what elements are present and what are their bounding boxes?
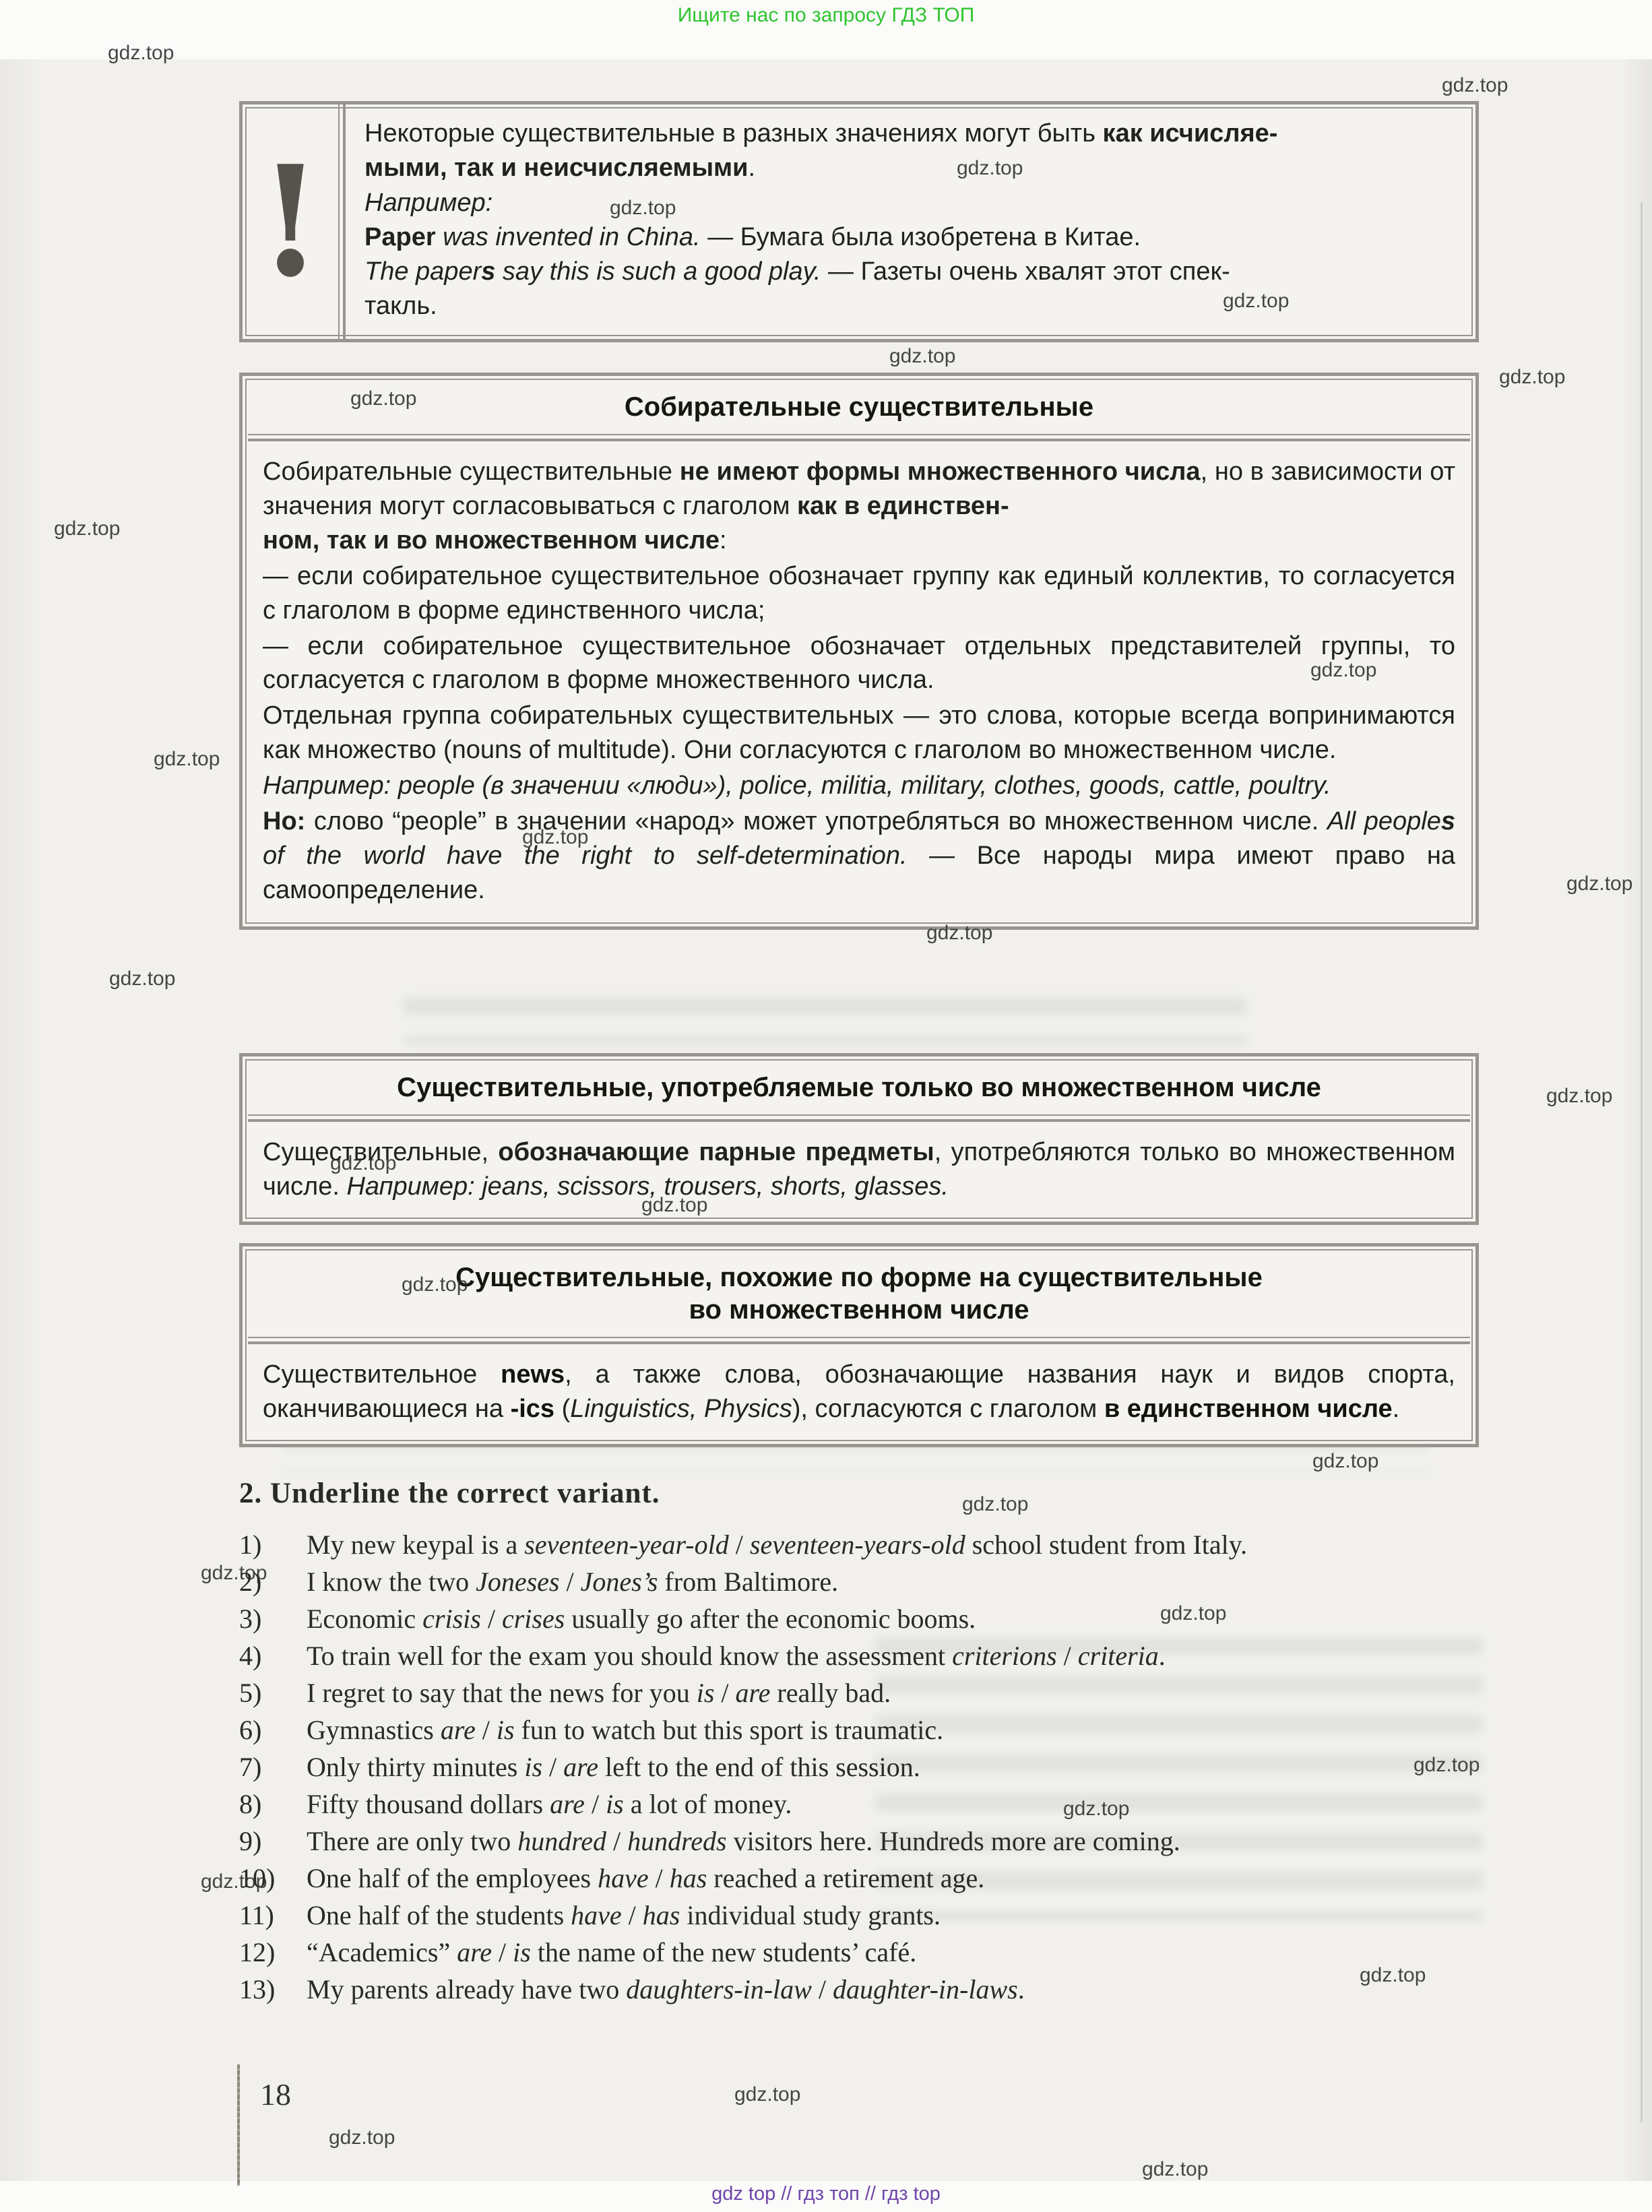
exercise-item: 2)I know the two Joneses / Jones’s from … [239,1565,1482,1600]
rule-paragraph: Отдельная группа собирательных существит… [263,699,1455,767]
rule-paragraph: — если собирательное существительное обо… [263,559,1455,628]
site-watermark: gdz.top [108,42,174,65]
note-box-text: Некоторые существительные в разных значе… [343,104,1475,339]
site-watermark: gdz.top [330,1152,396,1175]
page-edge-shadow [1641,202,1643,2122]
site-watermark: gdz.top [962,1493,1028,1516]
item-text: I know the two Joneses / Jones’s from Ba… [307,1567,838,1597]
item-text: One half of the employees have / has rea… [307,1863,984,1893]
exercise-item: 12)“Academics” are / is the name of the … [239,1935,1482,1970]
double-rule-separator [248,1337,1470,1344]
item-number: 13) [239,1972,275,2007]
item-number: 6) [239,1713,261,1748]
rule-box-body: Существительное news, а также слова, обо… [243,1344,1475,1444]
site-watermark: gdz.top [1360,1964,1426,1987]
site-watermark: gdz.top [154,748,220,771]
site-watermark: gdz.top [957,157,1023,180]
footer-vertical-rule [237,2064,240,2186]
item-number: 9) [239,1824,261,1859]
rule-paragraph: — если собирательное существительное обо… [263,629,1455,698]
scanned-workbook-page: Ищите нас по запросу ГДЗ ТОП ! Некоторые… [0,0,1652,2212]
exercise-2: 2. Underline the correct variant. 1)My n… [239,1477,1482,2009]
rule-box-plural-only-nouns: Существительные, употребляемые только во… [239,1053,1479,1225]
site-watermark: gdz.top [641,1194,707,1217]
item-text: There are only two hundred / hundreds vi… [307,1826,1180,1856]
exercise-item: 1)My new keypal is a seventeen-year-old … [239,1527,1482,1562]
exercise-item: 11)One half of the students have / has i… [239,1898,1482,1933]
rule-paragraph: Но: слово “people” в значении «народ» мо… [263,804,1455,908]
exercise-item: 3)Economic crisis / crises usually go af… [239,1602,1482,1637]
rule-box-title: Существительные, употребляемые только во… [243,1056,1475,1114]
site-watermark: gdz.top [1310,659,1376,682]
site-watermark: gdz.top [201,1562,267,1585]
item-number: 7) [239,1750,261,1785]
rule-paragraph: Собирательные существительные не имеют ф… [263,455,1455,558]
site-watermark: gdz.top [1142,2158,1208,2181]
site-watermark: gdz.top [522,826,588,849]
site-watermark: gdz.top [1442,74,1508,97]
exercise-items: 1)My new keypal is a seventeen-year-old … [239,1527,1482,2007]
site-watermark: gdz.top [329,2126,395,2149]
site-watermark: gdz.top [402,1273,468,1296]
site-watermark: gdz.top [1063,1798,1129,1821]
site-watermark: gdz.top [54,517,120,540]
item-text: Economic crisis / crises usually go afte… [307,1604,976,1634]
item-text: One half of the students have / has indi… [307,1900,941,1930]
site-watermark: gdz.top [1499,366,1565,389]
rule-box-title: Собирательные существительные [243,376,1475,434]
site-watermark: gdz.top [201,1870,267,1893]
item-text: Gymnastics are / is fun to watch but thi… [307,1715,943,1745]
site-watermark: gdz.top [1413,1754,1480,1777]
exercise-item: 8)Fifty thousand dollars are / is a lot … [239,1787,1482,1822]
exercise-heading: 2. Underline the correct variant. [239,1477,1482,1510]
note-icon-cell: ! [243,104,340,339]
page-number: 18 [260,2077,291,2112]
item-number: 1) [239,1527,261,1562]
item-number: 11) [239,1898,274,1933]
item-number: 4) [239,1639,261,1674]
item-number: 3) [239,1602,261,1637]
item-number: 12) [239,1935,275,1970]
site-watermark: gdz.top [1566,873,1632,895]
bottom-site-banner: gdz top // гдз топ // гдз top [0,2183,1652,2205]
site-watermark: gdz.top [889,345,955,368]
item-text: “Academics” are / is the name of the new… [307,1937,916,1967]
item-text: Only thirty minutes is / are left to the… [307,1752,920,1782]
site-watermark: gdz.top [610,197,676,220]
rule-box-collective-nouns: Собирательные существительные Собиратель… [239,373,1479,930]
top-site-banner: Ищите нас по запросу ГДЗ ТОП [0,4,1652,27]
site-watermark: gdz.top [109,968,175,990]
exercise-item: 5)I regret to say that the news for you … [239,1676,1482,1711]
item-text: My parents already have two daughters-in… [307,1974,1025,2004]
rule-box-body: Существительные, обозначающие парные пре… [243,1122,1475,1222]
site-watermark: gdz.top [926,922,992,945]
exercise-item: 10)One half of the employees have / has … [239,1861,1482,1896]
exercise-item: 7)Only thirty minutes is / are left to t… [239,1750,1482,1785]
item-text: To train well for the exam you should kn… [307,1641,1166,1671]
site-watermark: gdz.top [1312,1450,1378,1473]
exercise-item: 4)To train well for the exam you should … [239,1639,1482,1674]
exclamation-icon: ! [259,146,322,298]
rule-paragraph: Например: people (в значении «люди»), po… [263,769,1455,803]
item-text: Fifty thousand dollars are / is a lot of… [307,1789,792,1819]
site-watermark: gdz.top [1546,1085,1612,1108]
exercise-item: 13)My parents already have two daughters… [239,1972,1482,2007]
note-box-countable-uncountable: ! Некоторые существительные в разных зна… [239,101,1479,342]
site-watermark: gdz.top [350,387,416,410]
exercise-item: 9)There are only two hundred / hundreds … [239,1824,1482,1859]
double-rule-separator [248,434,1470,441]
rule-box-body: Собирательные существительные не имеют ф… [243,441,1475,926]
site-watermark: gdz.top [1223,290,1289,313]
double-rule-separator [248,1114,1470,1122]
item-number: 5) [239,1676,261,1711]
item-text: I regret to say that the news for you is… [307,1678,891,1708]
item-text: My new keypal is a seventeen-year-old / … [307,1529,1247,1560]
exercise-item: 6)Gymnastics are / is fun to watch but t… [239,1713,1482,1748]
site-watermark: gdz.top [1160,1602,1226,1625]
site-watermark: gdz.top [734,2083,800,2106]
item-number: 8) [239,1787,261,1822]
